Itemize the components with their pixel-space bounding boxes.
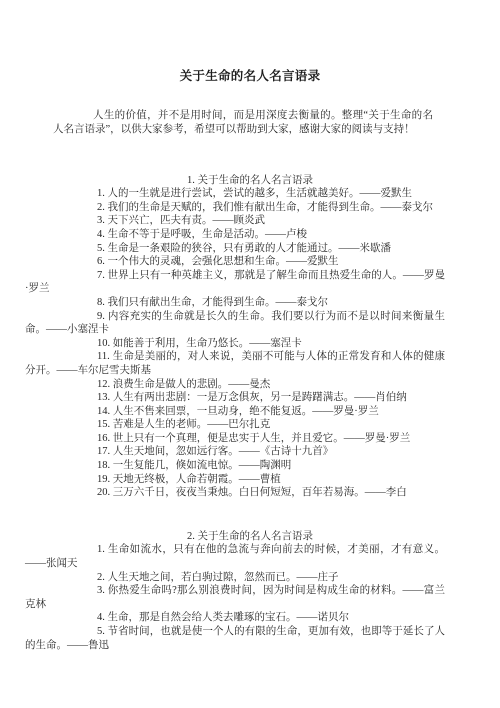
quote-item: 9. 内容充实的生命就是长久的生命。我们要以行为而不是以时间来衡量生命。——小塞… <box>25 310 445 337</box>
quote-item: 18. 一生复能几，倏如流电惊。——陶渊明 <box>25 459 445 473</box>
section-2-heading: 2. 关于生命的名人名言语录 <box>0 530 500 544</box>
quote-item: 19. 天地无终极，人命若朝霞。——曹植 <box>25 473 445 487</box>
quote-item: 2. 我们的生命是天赋的，我们惟有献出生命，才能得到生命。——泰戈尔 <box>25 201 445 215</box>
quote-item: 1. 生命如流水，只有在他的急流与奔向前去的时候，才美丽，才有意义。——张闻天 <box>25 543 445 570</box>
section-1: 1. 关于生命的名人名言语录 1. 人的一生就是进行尝试，尝试的越多，生活就越美… <box>0 174 500 500</box>
quote-item: 13. 人生有两出悲剧：一是万念俱灰，另一是踌躇满志。——肖伯纳 <box>25 391 445 405</box>
quote-item: 3. 你热爱生命吗?那么别浪费时间，因为时间是构成生命的材料。——富兰克林 <box>25 584 445 611</box>
section-2: 2. 关于生命的名人名言语录 1. 生命如流水，只有在他的急流与奔向前去的时候，… <box>0 530 500 652</box>
section-1-heading: 1. 关于生命的名人名言语录 <box>0 174 500 188</box>
quote-item: 2. 人生天地之间，若白驹过隙，忽然而已。——庄子 <box>25 571 445 585</box>
quote-item: 11. 生命是美丽的，对人来说，美丽不可能与人体的正常发育和人体的健康分开。——… <box>25 350 445 377</box>
quote-item: 5. 生命是一条艰险的狭谷，只有勇敢的人才能通过。——米歇潘 <box>25 242 445 256</box>
quote-item: 4. 生命，那是自然会给人类去雕琢的宝石。——诺贝尔 <box>25 611 445 625</box>
quote-item: 8. 我们只有献出生命，才能得到生命。——泰戈尔 <box>25 296 445 310</box>
quote-item: 1. 人的一生就是进行尝试，尝试的越多，生活就越美好。——爱默生 <box>25 187 445 201</box>
quote-item: 10. 如能善于利用，生命乃悠长。——塞涅卡 <box>25 337 445 351</box>
quote-item: 14. 人生不售来回票，一旦动身，绝不能复返。——罗曼·罗兰 <box>25 405 445 419</box>
intro-paragraph: 人生的价值，并不是用时间，而是用深度去衡量的。整理“关于生命的名人名言语录”，以… <box>53 109 433 137</box>
quote-item: 16. 世上只有一个真理，便是忠实于人生，并且爱它。——罗曼·罗兰 <box>25 432 445 446</box>
quote-item: 5. 节省时间，也就是使一个人的有限的生命，更加有效，也即等于延长了人的生命。—… <box>25 625 445 652</box>
quote-item: 3. 天下兴亡，匹夫有责。——顾炎武 <box>25 214 445 228</box>
quote-item: 4. 生命不等于是呼吸，生命是活动。——卢梭 <box>25 228 445 242</box>
quote-item: 6. 一个伟大的灵魂，会强化思想和生命。——爱默生 <box>25 255 445 269</box>
page-title: 关于生命的名人名言语录 <box>0 66 500 84</box>
quote-item: 12. 浪费生命是做人的悲剧。——曼杰 <box>25 378 445 392</box>
quote-item: 17. 人生天地间，忽如远行客。——《古诗十九首》 <box>25 445 445 459</box>
quote-item: 15. 苦难是人生的老师。——巴尔扎克 <box>25 418 445 432</box>
document-page: 关于生命的名人名言语录 人生的价值，并不是用时间，而是用深度去衡量的。整理“关于… <box>0 0 500 708</box>
quote-item: 20. 三万六千日，夜夜当秉烛。白日何短短，百年若易海。——李白 <box>25 486 445 500</box>
quote-item: 7. 世界上只有一种英雄主义，那就是了解生命而且热爱生命的人。——罗曼·罗兰 <box>25 269 445 296</box>
